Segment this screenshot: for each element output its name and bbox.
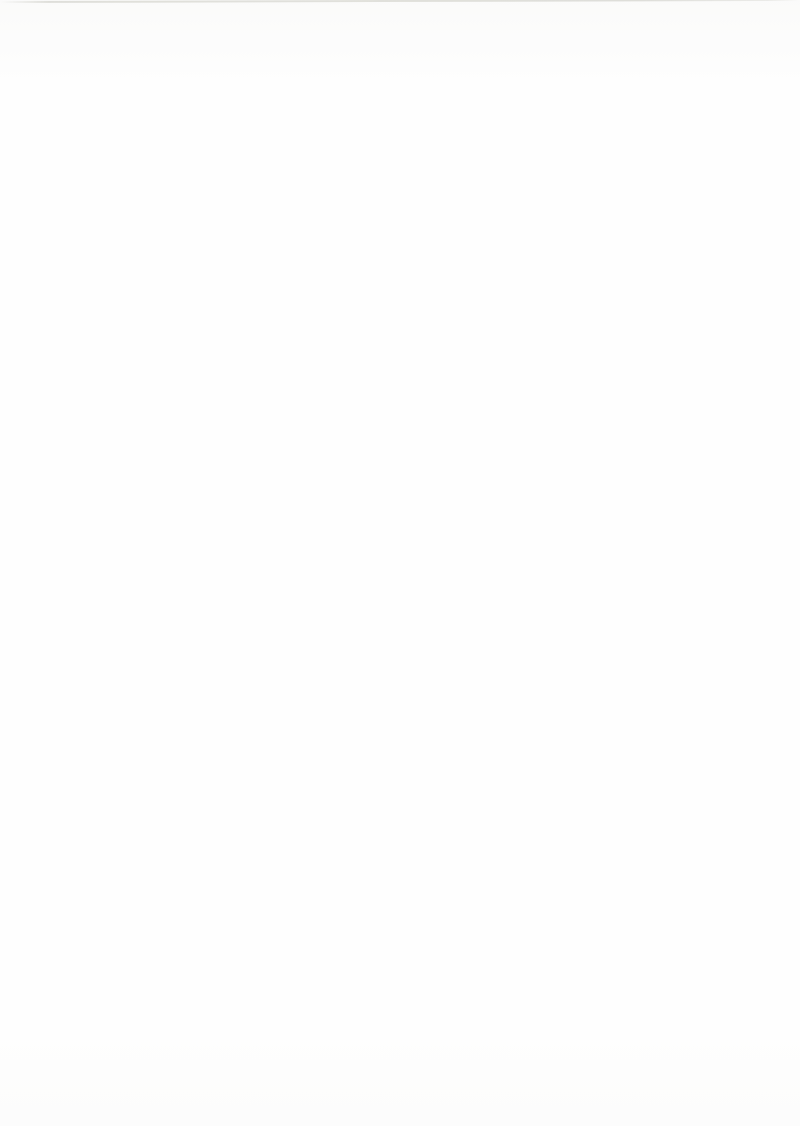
scanned-document-page bbox=[0, 0, 800, 1126]
scan-crease-line bbox=[0, 0, 800, 3]
